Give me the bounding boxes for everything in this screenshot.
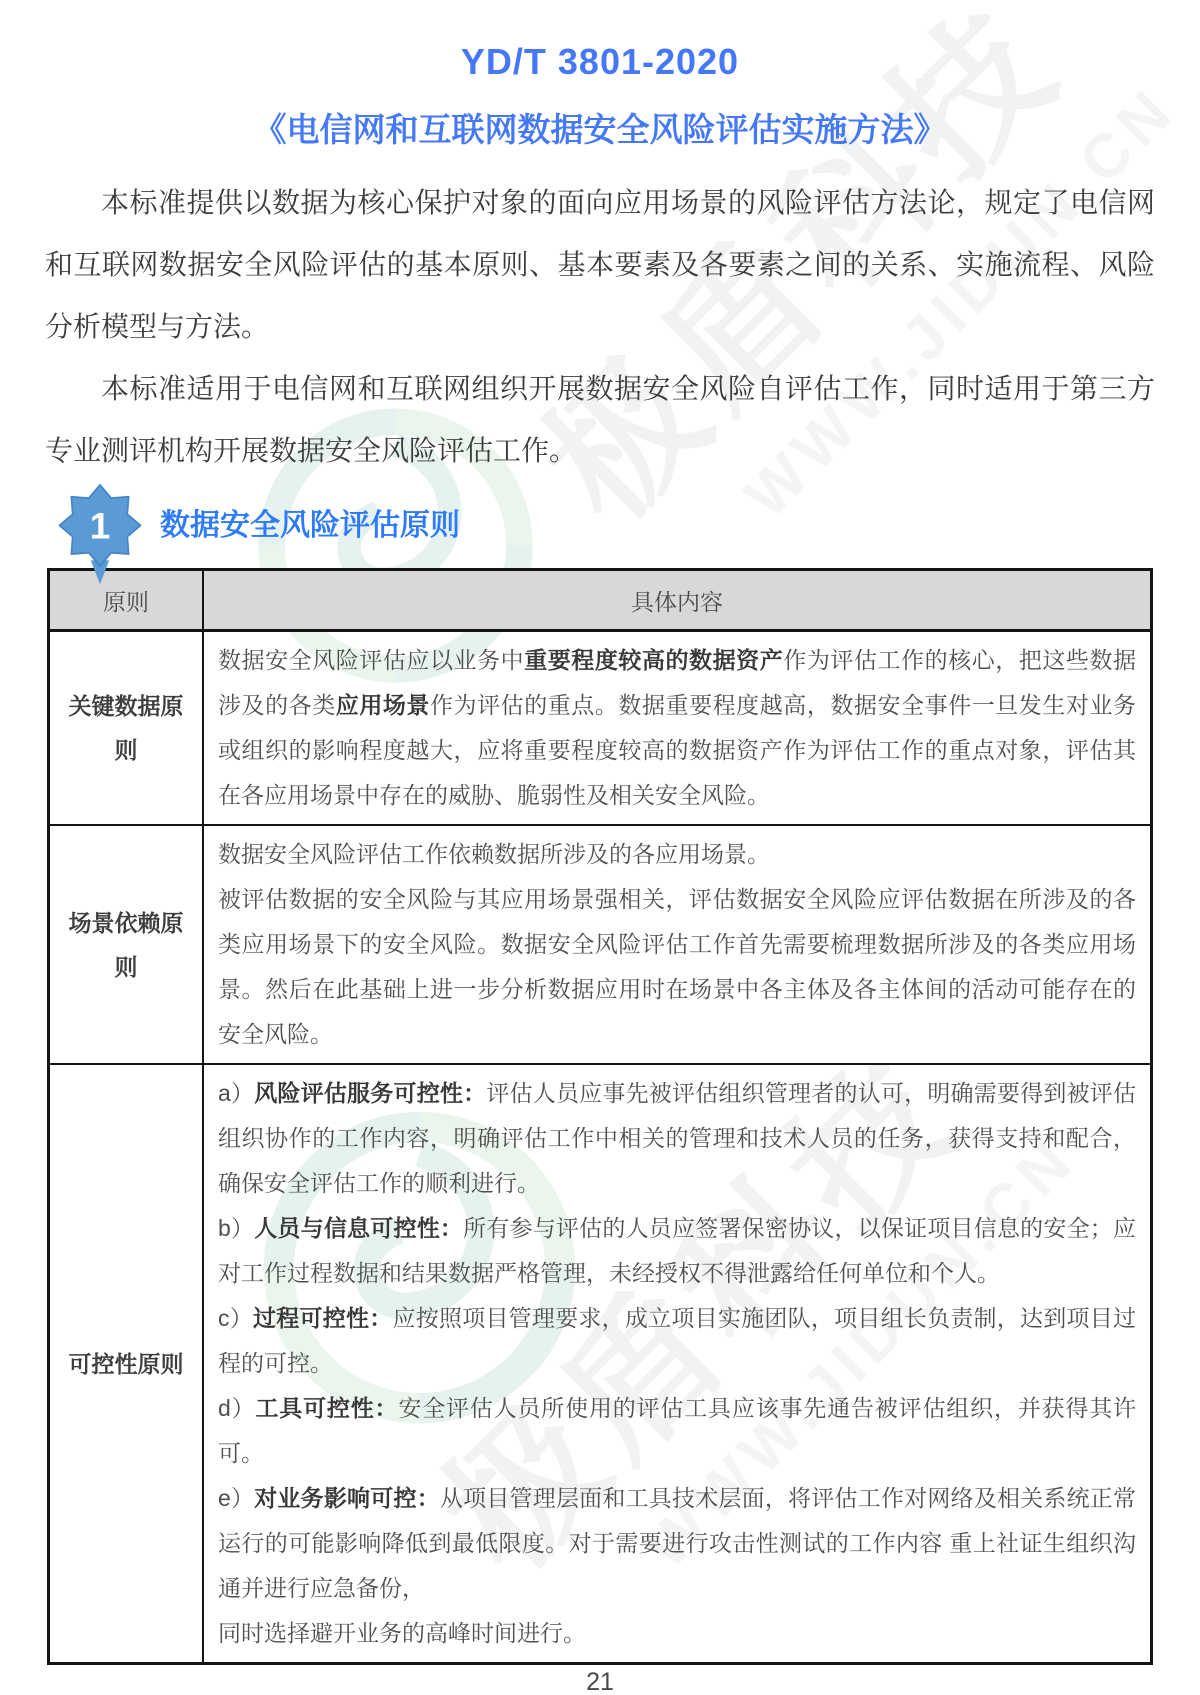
principle-cell: 关键数据原则 bbox=[49, 631, 204, 826]
content-paragraph: b）人员与信息可控性：所有参与评估的人员应签署保密协议，以保证项目信息的安全；应… bbox=[218, 1206, 1136, 1296]
principle-cell: 可控性原则 bbox=[49, 1064, 204, 1664]
text-segment: 同时选择避开业务的高峰时间进行。 bbox=[218, 1620, 586, 1646]
text-segment: c） bbox=[218, 1305, 253, 1331]
section-header: 1 数据安全风险评估原则 bbox=[48, 482, 1152, 568]
intro-paragraph-2: 本标准适用于电信网和互联网组织开展数据安全风险自评估工作，同时适用于第三方专业测… bbox=[45, 358, 1155, 482]
content-paragraph: e）对业务影响可控：从项目管理层面和工具技术层面，将评估工作对网络及相关系统正常… bbox=[218, 1476, 1136, 1611]
content-paragraph: d）工具可控性：安全评估人员所使用的评估工具应该事先通告被评估组织，并获得其许可… bbox=[218, 1386, 1136, 1476]
content-paragraph: 数据安全风险评估工作依赖数据所涉及的各应用场景。 bbox=[218, 832, 1136, 877]
content-paragraph: 同时选择避开业务的高峰时间进行。 bbox=[218, 1611, 1136, 1656]
bold-text-segment: 工具可控性： bbox=[255, 1395, 398, 1421]
text-segment: a） bbox=[218, 1080, 254, 1106]
content-paragraph: 数据安全风险评估应以业务中重要程度较高的数据资产作为评估工作的核心，把这些数据涉… bbox=[218, 638, 1136, 818]
text-segment: b） bbox=[218, 1215, 254, 1241]
bold-text-segment: 重要程度较高的数据资产 bbox=[524, 647, 783, 673]
principle-cell: 场景依赖原则 bbox=[49, 825, 204, 1064]
table-header-row: 原则 具体内容 bbox=[49, 570, 1152, 631]
content-paragraph: a）风险评估服务可控性：评估人员应事先被评估组织管理者的认可，明确需要得到被评估… bbox=[218, 1071, 1136, 1206]
page-number: 21 bbox=[0, 1668, 1200, 1695]
principles-table: 原则 具体内容 关键数据原则数据安全风险评估应以业务中重要程度较高的数据资产作为… bbox=[47, 568, 1153, 1665]
text-segment: e） bbox=[218, 1485, 254, 1511]
text-segment: 被评估数据的安全风险与其应用场景强相关，评估数据安全风险应评估数据在所涉及的各类… bbox=[218, 886, 1136, 1047]
principles-table-body: 关键数据原则数据安全风险评估应以业务中重要程度较高的数据资产作为评估工作的核心，… bbox=[49, 631, 1152, 1664]
standard-code: YD/T 3801-2020 bbox=[48, 40, 1152, 83]
content-cell: a）风险评估服务可控性：评估人员应事先被评估组织管理者的认可，明确需要得到被评估… bbox=[203, 1064, 1152, 1664]
content-paragraph: 被评估数据的安全风险与其应用场景强相关，评估数据安全风险应评估数据在所涉及的各类… bbox=[218, 877, 1136, 1057]
table-row: 场景依赖原则数据安全风险评估工作依赖数据所涉及的各应用场景。被评估数据的安全风险… bbox=[49, 825, 1152, 1064]
intro-paragraph-1: 本标准提供以数据为核心保护对象的面向应用场景的风险评估方法论，规定了电信网和互联… bbox=[45, 172, 1155, 358]
bold-text-segment: 过程可控性： bbox=[253, 1305, 392, 1331]
column-header-content: 具体内容 bbox=[203, 570, 1152, 631]
section-number: 1 bbox=[90, 506, 110, 547]
standard-title: 《电信网和互联网数据安全风险评估实施方法》 bbox=[48, 109, 1152, 150]
text-segment: 数据安全风险评估工作依赖数据所涉及的各应用场景。 bbox=[218, 841, 770, 867]
content-paragraph: c）过程可控性：应按照项目管理要求，成立项目实施团队，项目组长负责制，达到项目过… bbox=[218, 1296, 1136, 1386]
document-content: YD/T 3801-2020 《电信网和互联网数据安全风险评估实施方法》 本标准… bbox=[0, 40, 1200, 1695]
section-number-badge-icon: 1 bbox=[54, 480, 146, 592]
document-page: 极盾科技 WWW.JIDUN.CN 极盾科技 WWW.JIDUN.CN YD/T… bbox=[0, 0, 1200, 1695]
content-cell: 数据安全风险评估应以业务中重要程度较高的数据资产作为评估工作的核心，把这些数据涉… bbox=[203, 631, 1152, 826]
bold-text-segment: 应用场景 bbox=[336, 692, 430, 718]
table-row: 关键数据原则数据安全风险评估应以业务中重要程度较高的数据资产作为评估工作的核心，… bbox=[49, 631, 1152, 826]
section-title: 数据安全风险评估原则 bbox=[160, 500, 460, 544]
text-segment: d） bbox=[218, 1395, 255, 1421]
bold-text-segment: 对业务影响可控： bbox=[254, 1485, 440, 1511]
content-cell: 数据安全风险评估工作依赖数据所涉及的各应用场景。被评估数据的安全风险与其应用场景… bbox=[203, 825, 1152, 1064]
text-segment: 数据安全风险评估应以业务中 bbox=[218, 647, 524, 673]
bold-text-segment: 人员与信息可控性： bbox=[254, 1215, 463, 1241]
table-row: 可控性原则a）风险评估服务可控性：评估人员应事先被评估组织管理者的认可，明确需要… bbox=[49, 1064, 1152, 1664]
bold-text-segment: 风险评估服务可控性： bbox=[254, 1080, 486, 1106]
